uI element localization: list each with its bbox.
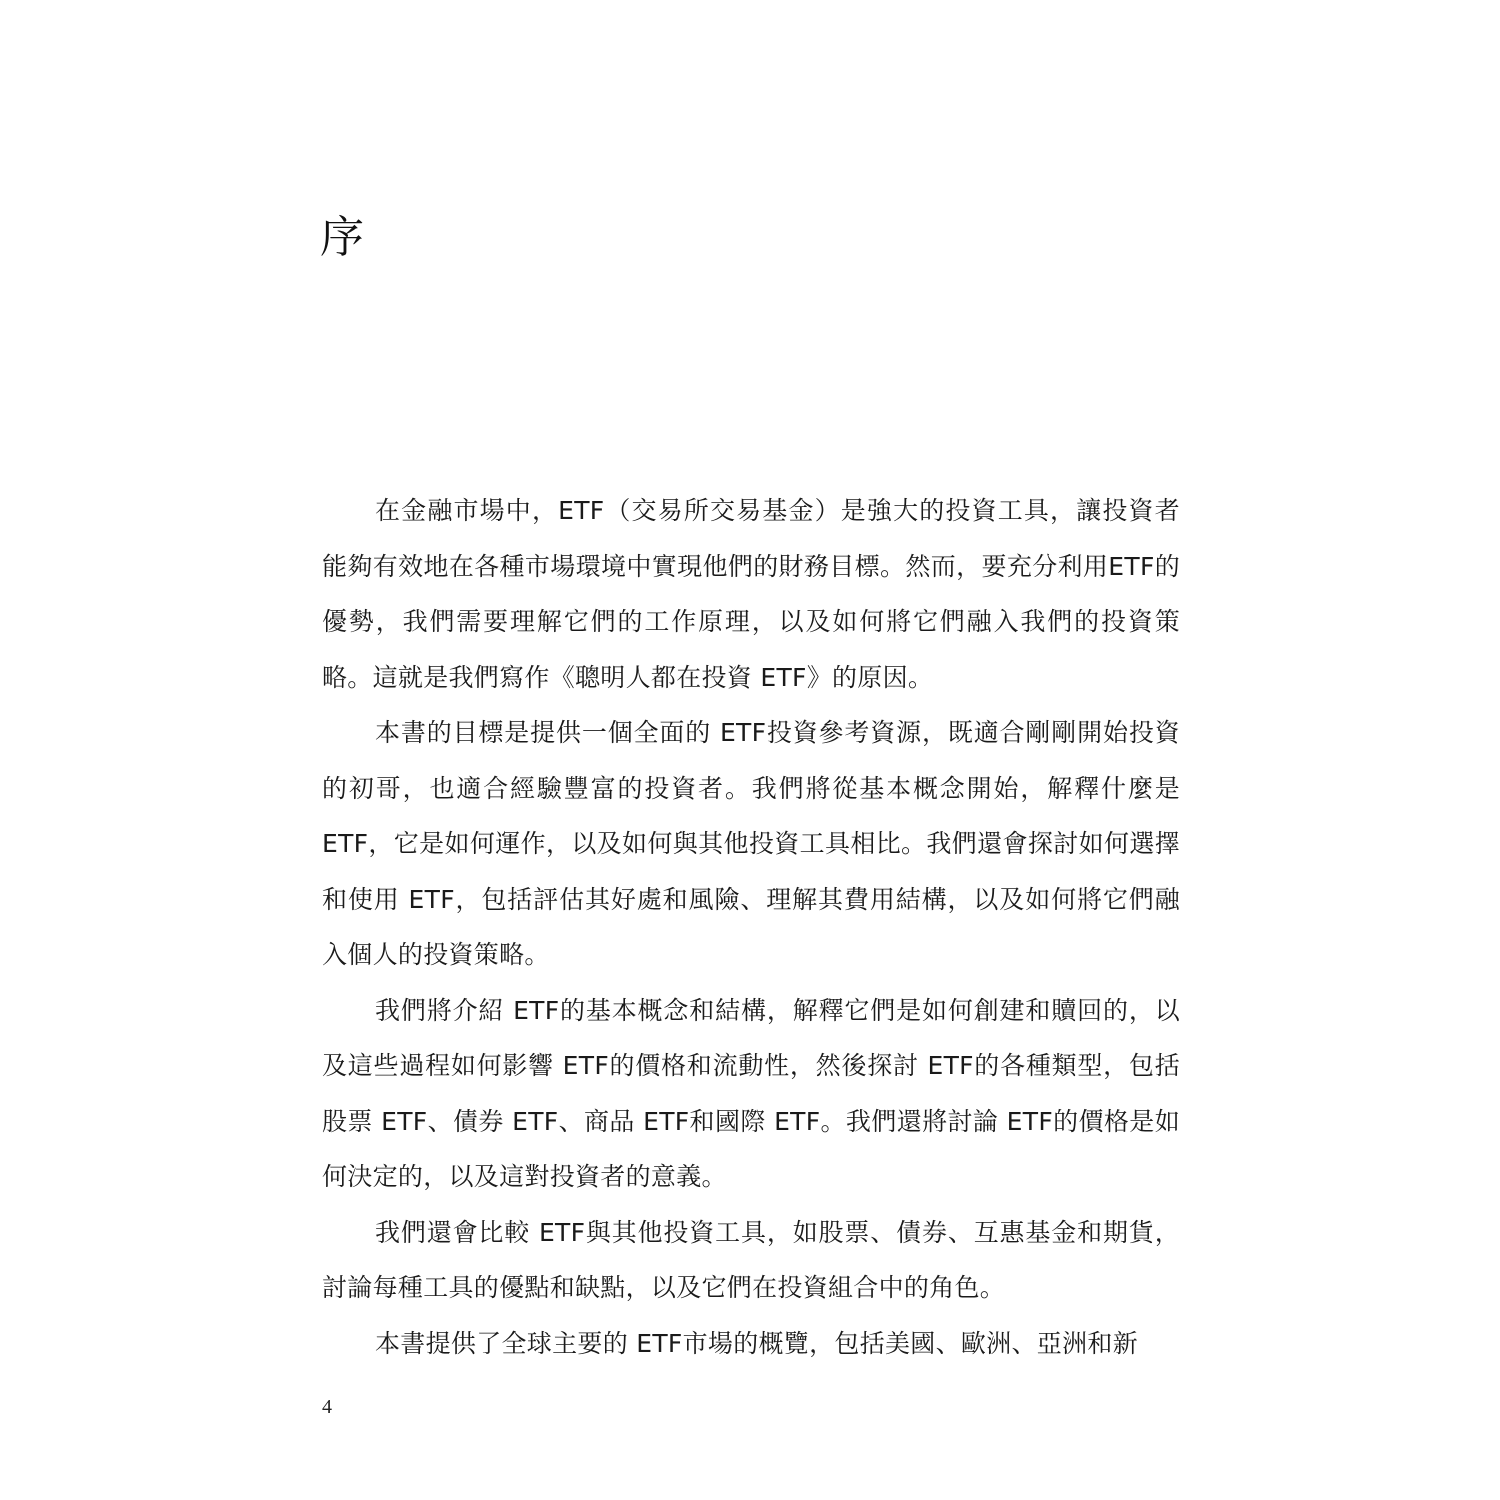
paragraph: 在金融市場中，ETF（交易所交易基金）是強大的投資工具，讓投資者能夠有效地在各種… [322,483,1180,705]
body-text: 在金融市場中，ETF（交易所交易基金）是強大的投資工具，讓投資者能夠有效地在各種… [322,483,1180,1371]
chapter-title: 序 [320,210,364,266]
paragraph: 我們還會比較 ETF與其他投資工具，如股票、債券、互惠基金和期貨，討論每種工具的… [322,1205,1180,1316]
page-number: 4 [322,1395,332,1419]
paragraph: 本書提供了全球主要的 ETF市場的概覽，包括美國、歐洲、亞洲和新 [322,1316,1180,1372]
paragraph: 我們將介紹 ETF的基本概念和結構，解釋它們是如何創建和贖回的，以及這些過程如何… [322,983,1180,1205]
document-page: 序 在金融市場中，ETF（交易所交易基金）是強大的投資工具，讓投資者能夠有效地在… [0,0,1500,1500]
paragraph: 本書的目標是提供一個全面的 ETF投資參考資源，既適合剛剛開始投資的初哥，也適合… [322,705,1180,983]
